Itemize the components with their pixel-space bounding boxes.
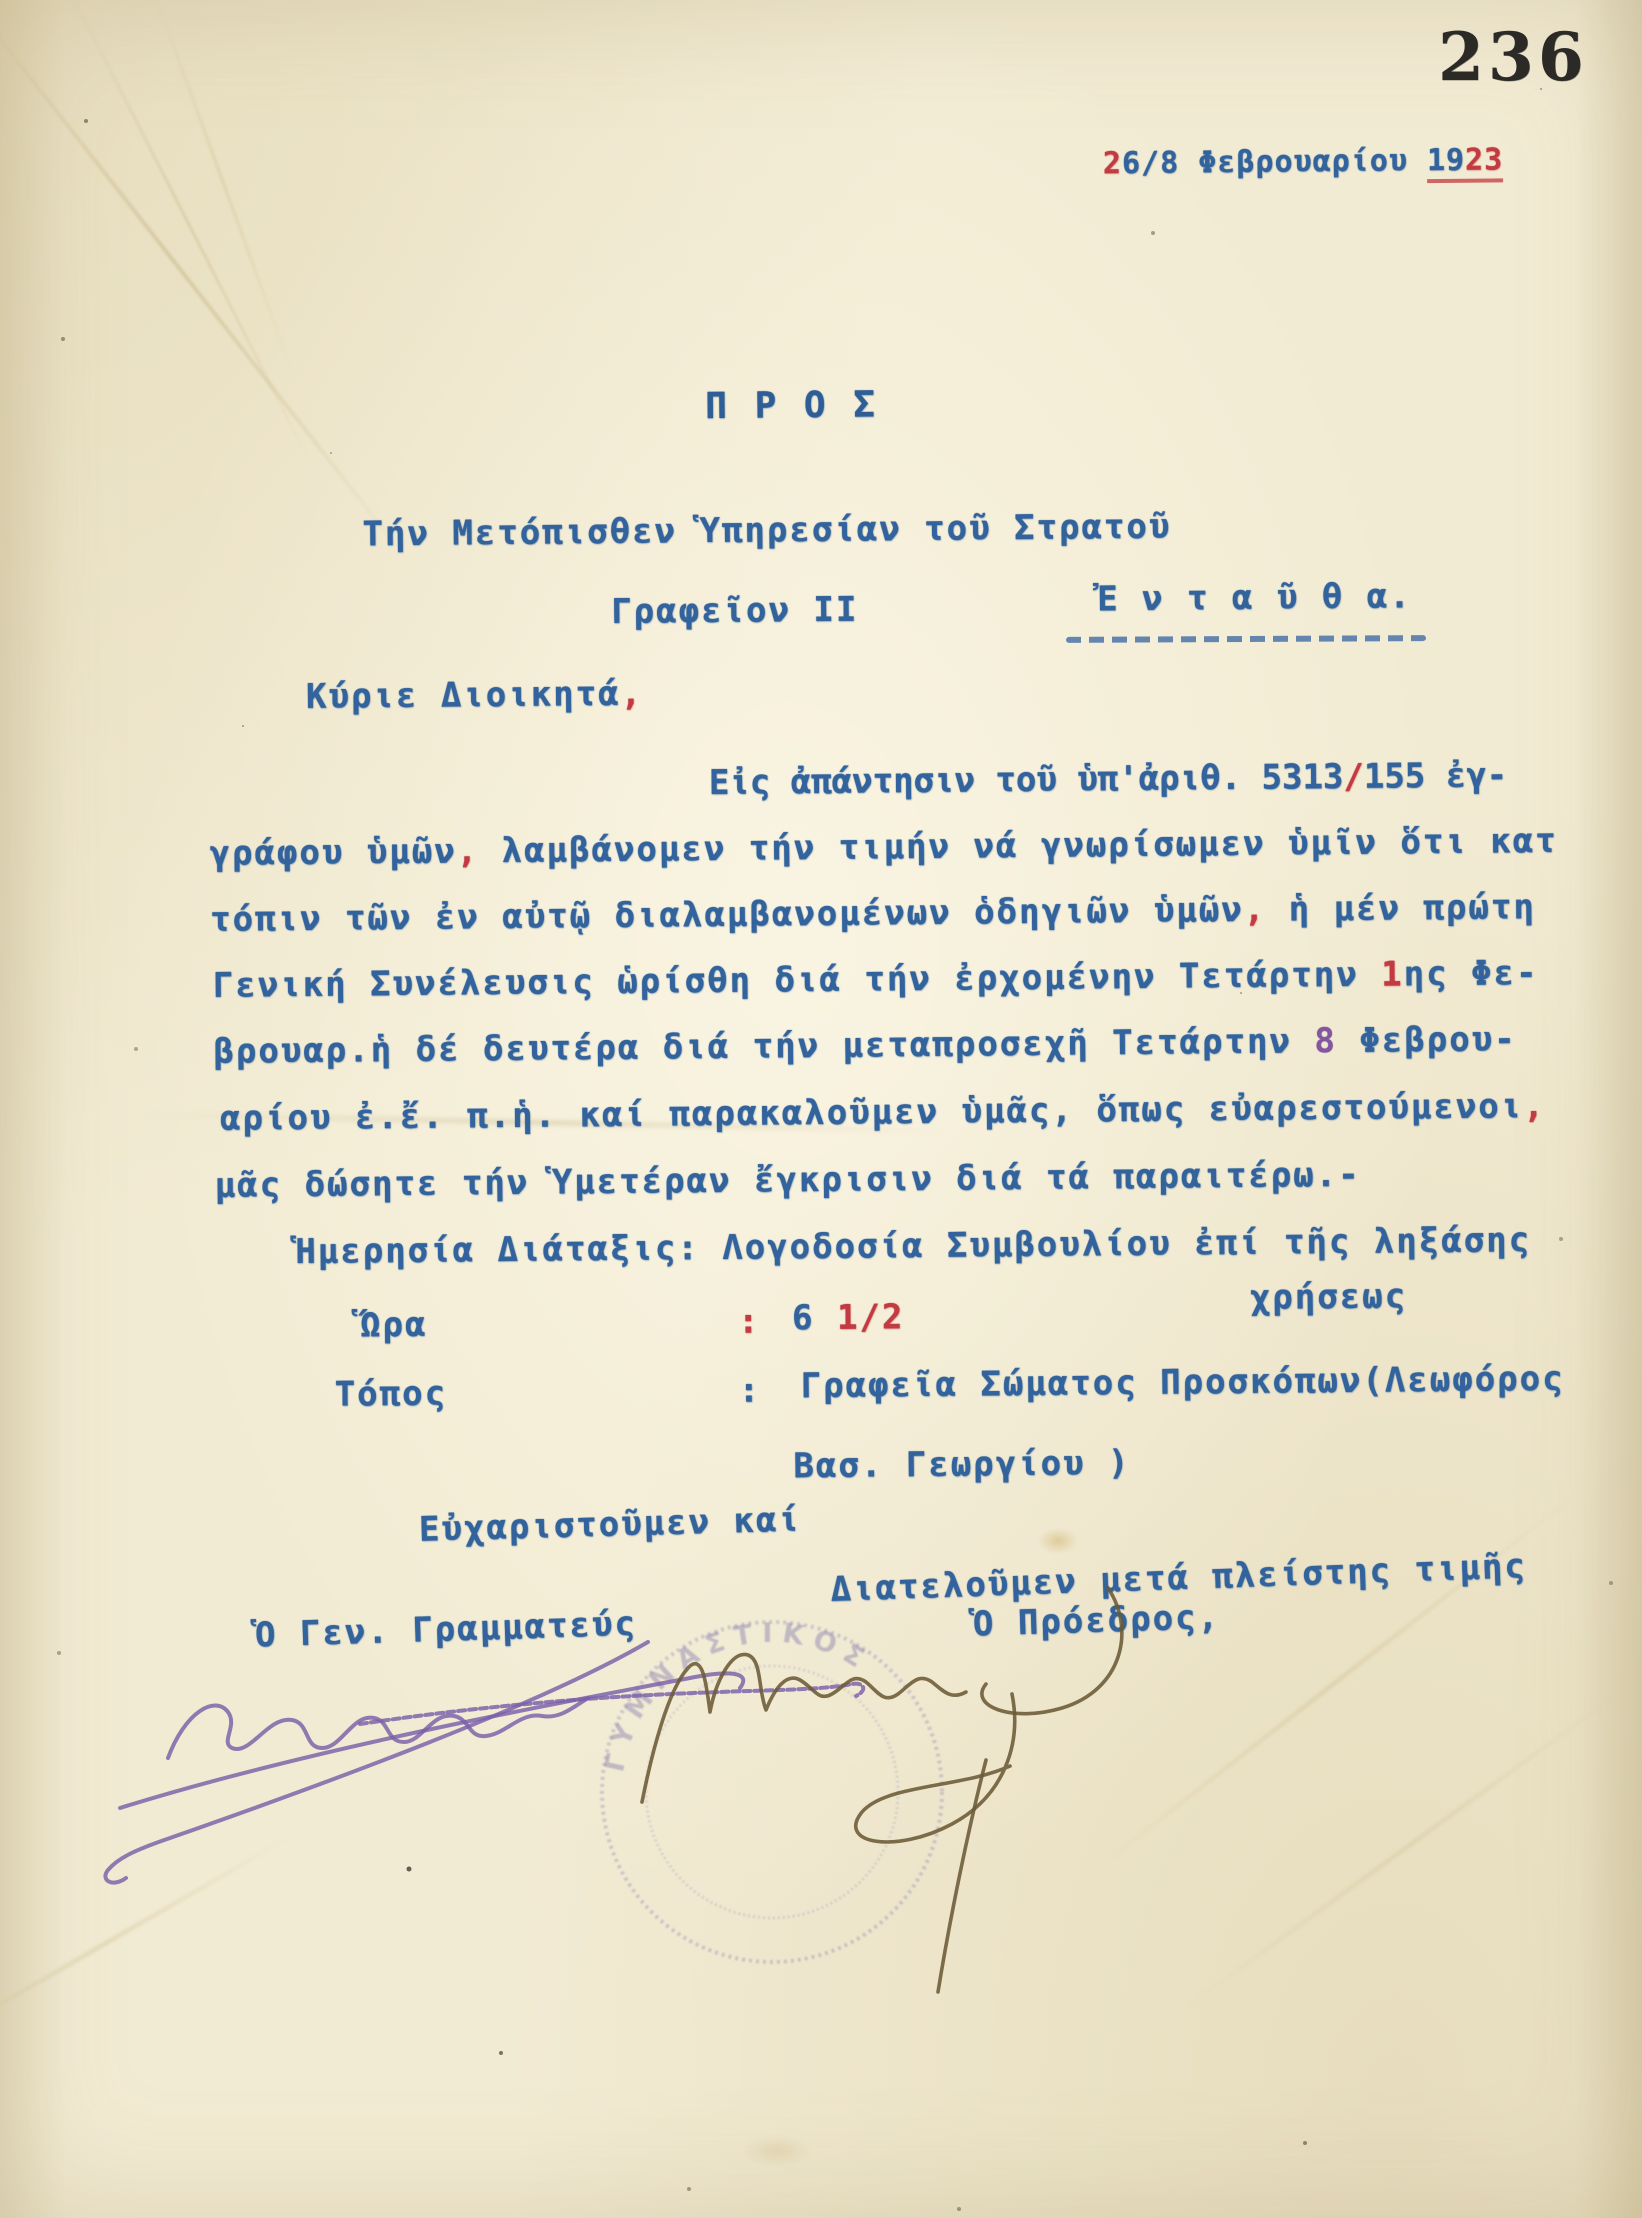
- secretary-title: Ὁ Γεν. Γραμματεύς: [254, 1606, 637, 1655]
- body-line-8: Ἡμερησία Διάταξις: Λογοδοσία Συμβουλίου …: [295, 1222, 1531, 1271]
- date-year-red: 23: [1465, 142, 1503, 177]
- body-text: Φεβρου-: [1337, 1019, 1517, 1061]
- body-text: Εἰς ἀπάντησιν τοῦ ὑπ'ἀριθ. 5313: [709, 757, 1344, 803]
- body-line-6: αρίου ἐ.ἔ. π.ἡ. καί παρακαλοῦμεν ὑμᾶς, ὅ…: [220, 1088, 1546, 1138]
- date-main: 6/8 Φεβρουαρίου: [1122, 143, 1427, 181]
- red-slash: /: [1343, 757, 1364, 797]
- red-comma: ,: [1244, 890, 1267, 930]
- heading-pros: Π Ρ Ο Σ: [705, 385, 878, 426]
- body-text: ης Φε-: [1403, 953, 1538, 994]
- agenda-hour-label: Ὥρα: [360, 1307, 428, 1345]
- red-digit: 1: [1381, 954, 1404, 994]
- paper-speckles: [0, 0, 2, 2]
- red-comma: ,: [1523, 1086, 1546, 1126]
- body-line-2: γράφου ὑμῶν, λαμβάνομεν τήν τιμήν νά γνω…: [209, 823, 1558, 873]
- hour-value-red: 1/2: [837, 1297, 905, 1338]
- entautha-line: Ἐ ν τ α ῦ θ α.: [1097, 578, 1412, 618]
- agenda-place-colon: :: [739, 1373, 762, 1411]
- date-day-red: 2: [1103, 146, 1122, 181]
- body-text: Γενική Συνέλευσις ὡρίσθη διά τήν ἐρχομέν…: [213, 955, 1382, 1006]
- salutation-comma-red: ,: [620, 674, 643, 714]
- agenda-place-label: Τόπος: [335, 1376, 448, 1414]
- body-line-5: βρουαρ.ἡ δέ δευτέρα διά τήν μεταπροσεχῆ …: [213, 1021, 1517, 1071]
- body-text: αρίου ἐ.ἔ. π.ἡ. καί παρακαλοῦμεν ὑμᾶς, ὅ…: [220, 1086, 1524, 1139]
- agenda-hour-value: 6 1/2: [792, 1299, 905, 1337]
- body-line-3: τόπιν τῶν ἐν αὐτῷ διαλαμβανομένων ὁδηγιῶ…: [210, 889, 1536, 939]
- office-line: Γραφεῖον ΙΙ: [611, 592, 859, 632]
- body-text: ἡ μέν πρώτη: [1266, 887, 1536, 930]
- body-line-1: Εἰς ἀπάντησιν τοῦ ὑπ'ἀριθ. 5313/155 ἐγ-: [709, 757, 1508, 802]
- body-line-7: μᾶς δώσητε τήν Ὑμετέραν ἔγκρισιν διά τά …: [215, 1157, 1361, 1205]
- date-year-blue: 19: [1427, 143, 1465, 178]
- agenda-place-value-2: Βασ. Γεωργίου ): [793, 1445, 1130, 1486]
- closing-thanks: Εὐχαριστοῦμεν καί: [419, 1502, 802, 1550]
- body-line-4: Γενική Συνέλευσις ὡρίσθη διά τήν ἐρχομέν…: [213, 955, 1539, 1005]
- typed-text-layer: 26/8 Φεβρουαρίου 1923 Π Ρ Ο Σ Τήν Μετόπι…: [0, 0, 1642, 2218]
- salutation-text: Κύριε Διοικητά: [306, 674, 621, 717]
- purple-digit: 8: [1314, 1021, 1337, 1061]
- body-text: 155 ἐγ-: [1364, 755, 1508, 796]
- body-text: γράφου ὑμῶν: [209, 831, 457, 873]
- body-text: τόπιν τῶν ἐν αὐτῷ διαλαμβανομένων ὁδηγιῶ…: [210, 890, 1244, 940]
- body-text: λαμβάνομεν τήν τιμήν νά γνωρίσωμεν ὑμῖν …: [479, 821, 1558, 871]
- date-year: 1923: [1427, 143, 1504, 183]
- scanned-letter-page: 236 ΓΥΜΝΑΣΤΙΚΟΣ 26/8 Φεβρουαρίου 1923 Π …: [0, 0, 1642, 2218]
- hour-value-blue: 6: [792, 1298, 837, 1338]
- date-line: 26/8 Φεβρουαρίου 1923: [1103, 143, 1504, 186]
- body-text: βρουαρ.ἡ δέ δευτέρα διά τήν μεταπροσεχῆ …: [213, 1021, 1314, 1072]
- carryover-word: χρήσεως: [1250, 1278, 1408, 1317]
- recipient-line: Τήν Μετόπισθεν Ὑπηρεσίαν τοῦ Στρατοῦ: [362, 509, 1171, 554]
- agenda-place-value: Γραφεῖα Σώματος Προσκόπων(Λεωφόρος: [800, 1361, 1564, 1406]
- president-title: Ὁ Πρόεδρος,: [972, 1599, 1220, 1644]
- red-comma: ,: [456, 831, 479, 871]
- salutation: Κύριε Διοικητά,: [306, 676, 643, 717]
- agenda-hour-colon: :: [738, 1304, 761, 1342]
